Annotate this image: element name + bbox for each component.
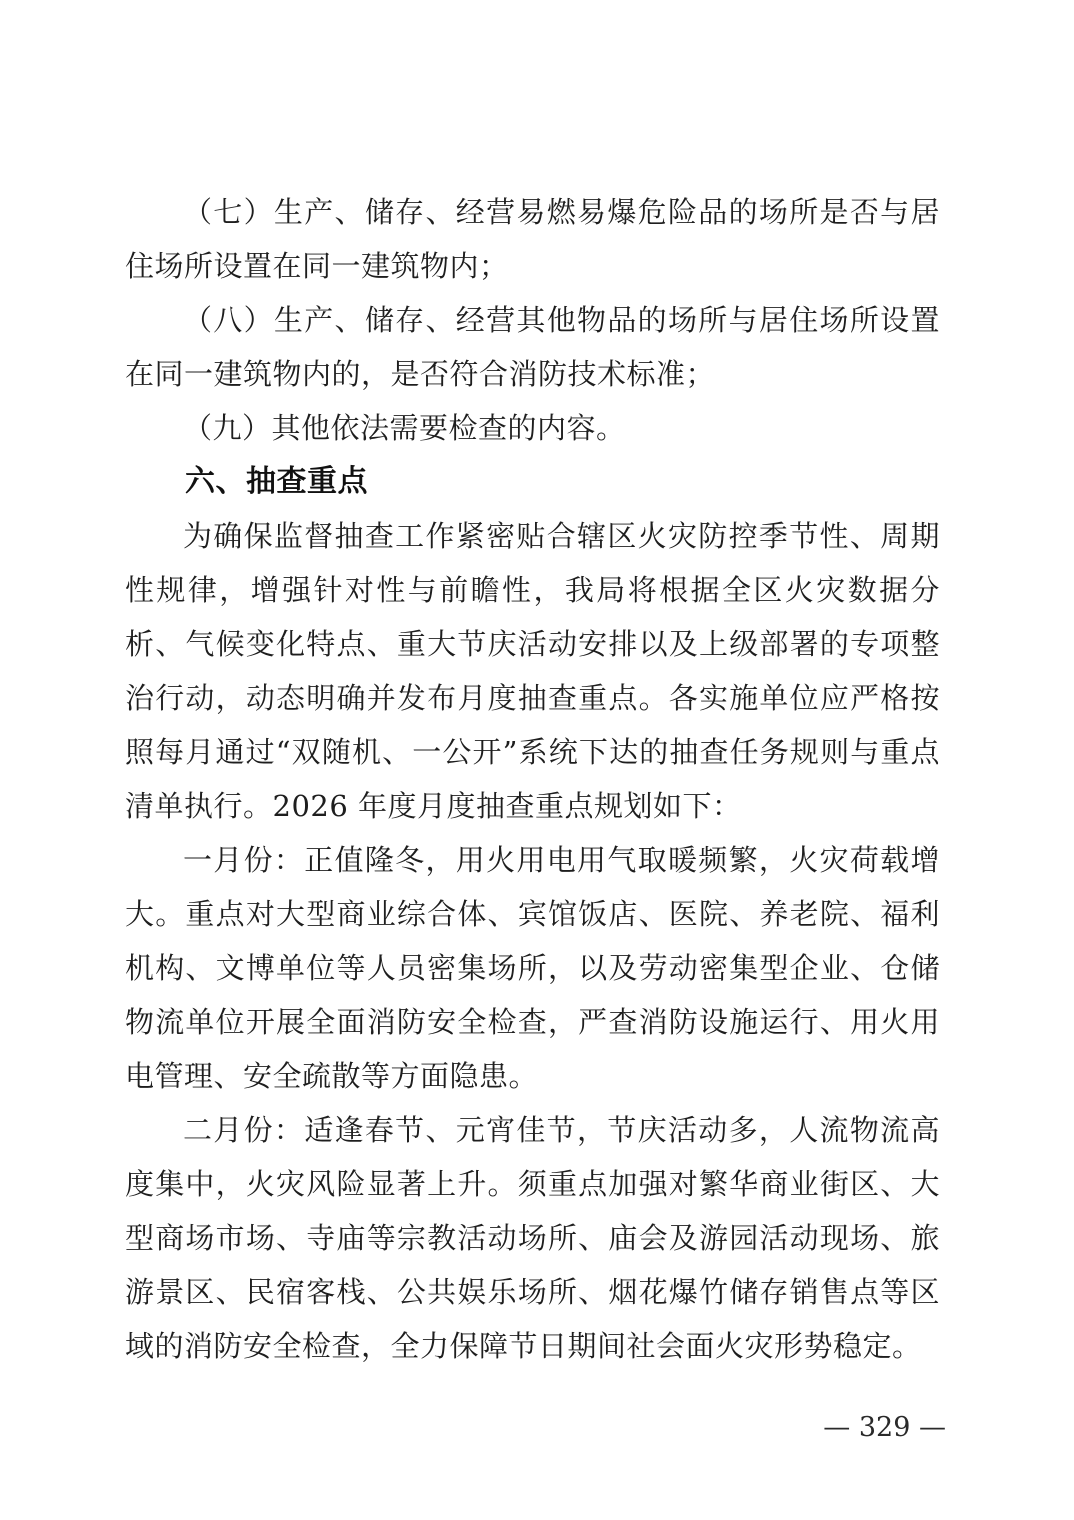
document-body: （七）生产、储存、经营易燃易爆危险品的场所是否与居住场所设置在同一建筑物内； （… [125,185,940,1373]
list-item-7: （七）生产、储存、经营易燃易爆危险品的场所是否与居住场所设置在同一建筑物内； [125,185,940,293]
list-item-8: （八）生产、储存、经营其他物品的场所与居住场所设置在同一建筑物内的，是否符合消防… [125,293,940,401]
document-page: （七）生产、储存、经营易燃易爆危险品的场所是否与居住场所设置在同一建筑物内； （… [0,0,1074,1520]
list-item-9: （九）其他依法需要检查的内容。 [125,401,940,455]
section-heading: 六、抽查重点 [125,455,940,509]
monthly-plan-january: 一月份：正值隆冬，用火用电用气取暖频繁，火灾荷载增大。重点对大型商业综合体、宾馆… [125,833,940,1103]
monthly-plan-february: 二月份：适逢春节、元宵佳节，节庆活动多，人流物流高度集中，火灾风险显著上升。须重… [125,1103,940,1373]
intro-paragraph: 为确保监督抽查工作紧密贴合辖区火灾防控季节性、周期性规律，增强针对性与前瞻性，我… [125,509,940,833]
page-number: — 329 — [823,1404,946,1452]
